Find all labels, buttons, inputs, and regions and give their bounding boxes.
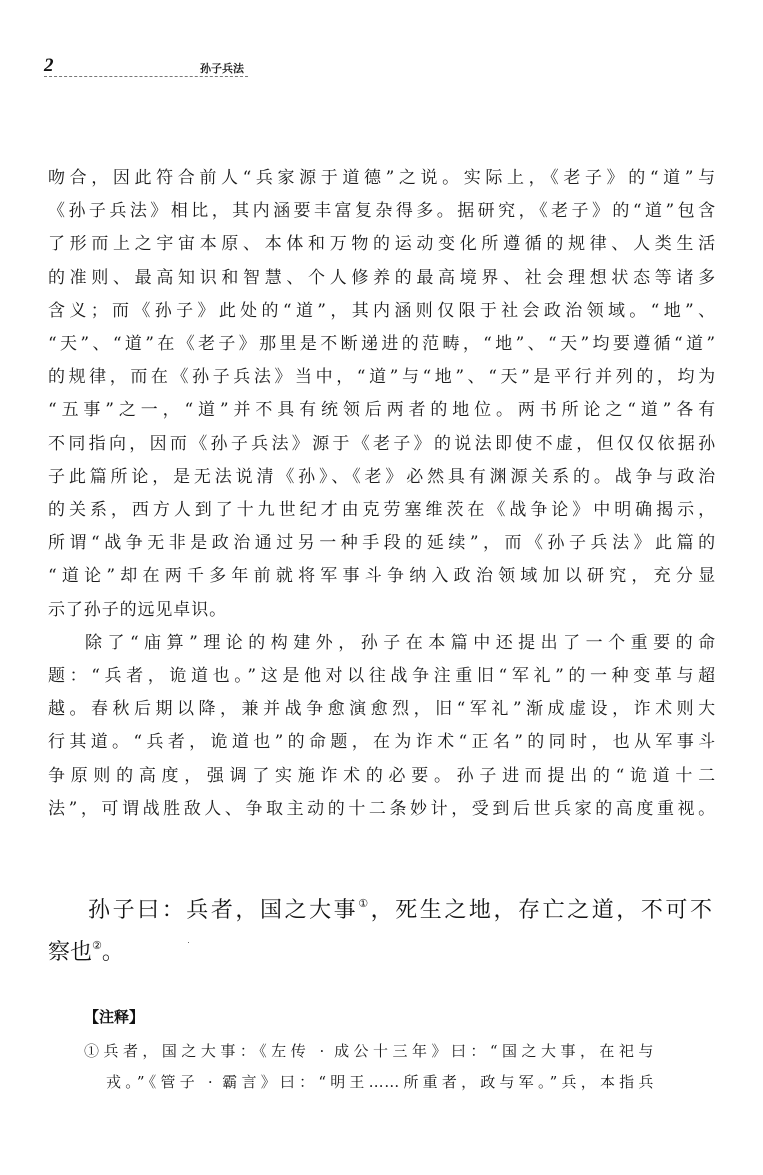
classic-text-line: 察也②。 — [48, 932, 712, 974]
annotation-line: ①兵者，国之大事：《左传 · 成公十三年》曰：“国之大事，在祀与 — [84, 1036, 654, 1067]
text-line: 吻合，因此符合前人“兵家源于道德”之说。实际上，《老子》的“道”与 — [48, 162, 716, 195]
running-header: 2 孙子兵法 — [44, 54, 248, 77]
text-line: 示了孙子的远见卓识。 — [48, 594, 716, 627]
text-line: “天”、“道”在《老子》那里是不断递进的范畴，“地”、“天”均要遵循“道” — [48, 328, 716, 361]
classic-text-segment: ，死生之地，存亡之道，不可不 — [371, 898, 712, 923]
page-number: 2 — [44, 56, 54, 75]
text-line: 所谓“战争无非是政治通过另一种手段的延续”，而《孙子兵法》此篇的 — [48, 527, 716, 560]
text-line: 子此篇所论，是无法说清《孙》、《老》必然具有渊源关系的。战争与政治 — [48, 461, 716, 494]
classic-text-line: 孙子曰：兵者，国之大事①，死生之地，存亡之道，不可不 — [48, 890, 712, 932]
annotation-line: 戎。”《管子 · 霸言》曰：“明王……所重者，政与军。”兵，本指兵 — [84, 1067, 654, 1098]
footnote-ref-1: ① — [358, 897, 370, 910]
text-line: 行其道。“兵者，诡道也”的命题，在为诈术“正名”的同时，也从军事斗 — [48, 726, 716, 759]
text-line: 的规律，而在《孙子兵法》当中，“道”与“地”、“天”是平行并列的，均为 — [48, 361, 716, 394]
commentary-paragraph-1: 吻合，因此符合前人“兵家源于道德”之说。实际上，《老子》的“道”与 《孙子兵法》… — [48, 162, 716, 627]
classic-text-segment: 孙子曰：兵者，国之大事 — [88, 898, 358, 923]
classic-text-segment: 。 — [102, 940, 124, 965]
text-line: 的准则、最高知识和智慧、个人修养的最高境界、社会理想状态等诸多 — [48, 262, 716, 295]
footnote-ref-2: ② — [92, 939, 102, 952]
text-line: 《孙子兵法》相比，其内涵要丰富复杂得多。据研究，《老子》的“道”包含 — [48, 195, 716, 228]
text-line: 含义；而《孙子》此处的“道”，其内涵则仅限于社会政治领域。“地”、 — [48, 295, 716, 328]
annotation-note-1: ①兵者，国之大事：《左传 · 成公十三年》曰：“国之大事，在祀与 戎。”《管子 … — [84, 1036, 654, 1098]
annotations-heading: 【注释】 — [84, 1008, 144, 1026]
text-line: 法”，可谓战胜敌人、争取主动的十二条妙计，受到后世兵家的高度重视。 — [48, 793, 716, 826]
text-line: 题：“兵者，诡道也。”这是他对以往战争注重旧“军礼”的一种变革与超 — [48, 660, 716, 693]
commentary-paragraph-2: 除了“庙算”理论的构建外，孙子在本篇中还提出了一个重要的命 题：“兵者，诡道也。… — [48, 627, 716, 826]
classic-text-passage: 孙子曰：兵者，国之大事①，死生之地，存亡之道，不可不 察也②。 — [48, 890, 712, 974]
text-line: “五事”之一，“道”并不具有统领后两者的地位。两书所论之“道”各有 — [48, 394, 716, 427]
commentary-text: 吻合，因此符合前人“兵家源于道德”之说。实际上，《老子》的“道”与 《孙子兵法》… — [48, 162, 716, 826]
book-title: 孙子兵法 — [200, 63, 244, 75]
text-line: “道论”却在两千多年前就将军事斗争纳入政治领域加以研究，充分显 — [48, 560, 716, 593]
print-speck — [188, 942, 189, 943]
classic-text-segment: 察也 — [48, 940, 92, 965]
text-line: 越。春秋后期以降，兼并战争愈演愈烈，旧“军礼”渐成虚设，诈术则大 — [48, 693, 716, 726]
text-line: 不同指向，因而《孙子兵法》源于《老子》的说法即使不虚，但仅仅依据孙 — [48, 428, 716, 461]
text-line: 了形而上之宇宙本原、本体和万物的运动变化所遵循的规律、人类生活 — [48, 228, 716, 261]
text-line: 的关系，西方人到了十九世纪才由克劳塞维茨在《战争论》中明确揭示， — [48, 494, 716, 527]
text-line: 除了“庙算”理论的构建外，孙子在本篇中还提出了一个重要的命 — [48, 627, 716, 660]
text-line: 争原则的高度，强调了实施诈术的必要。孙子进而提出的“诡道十二 — [48, 760, 716, 793]
